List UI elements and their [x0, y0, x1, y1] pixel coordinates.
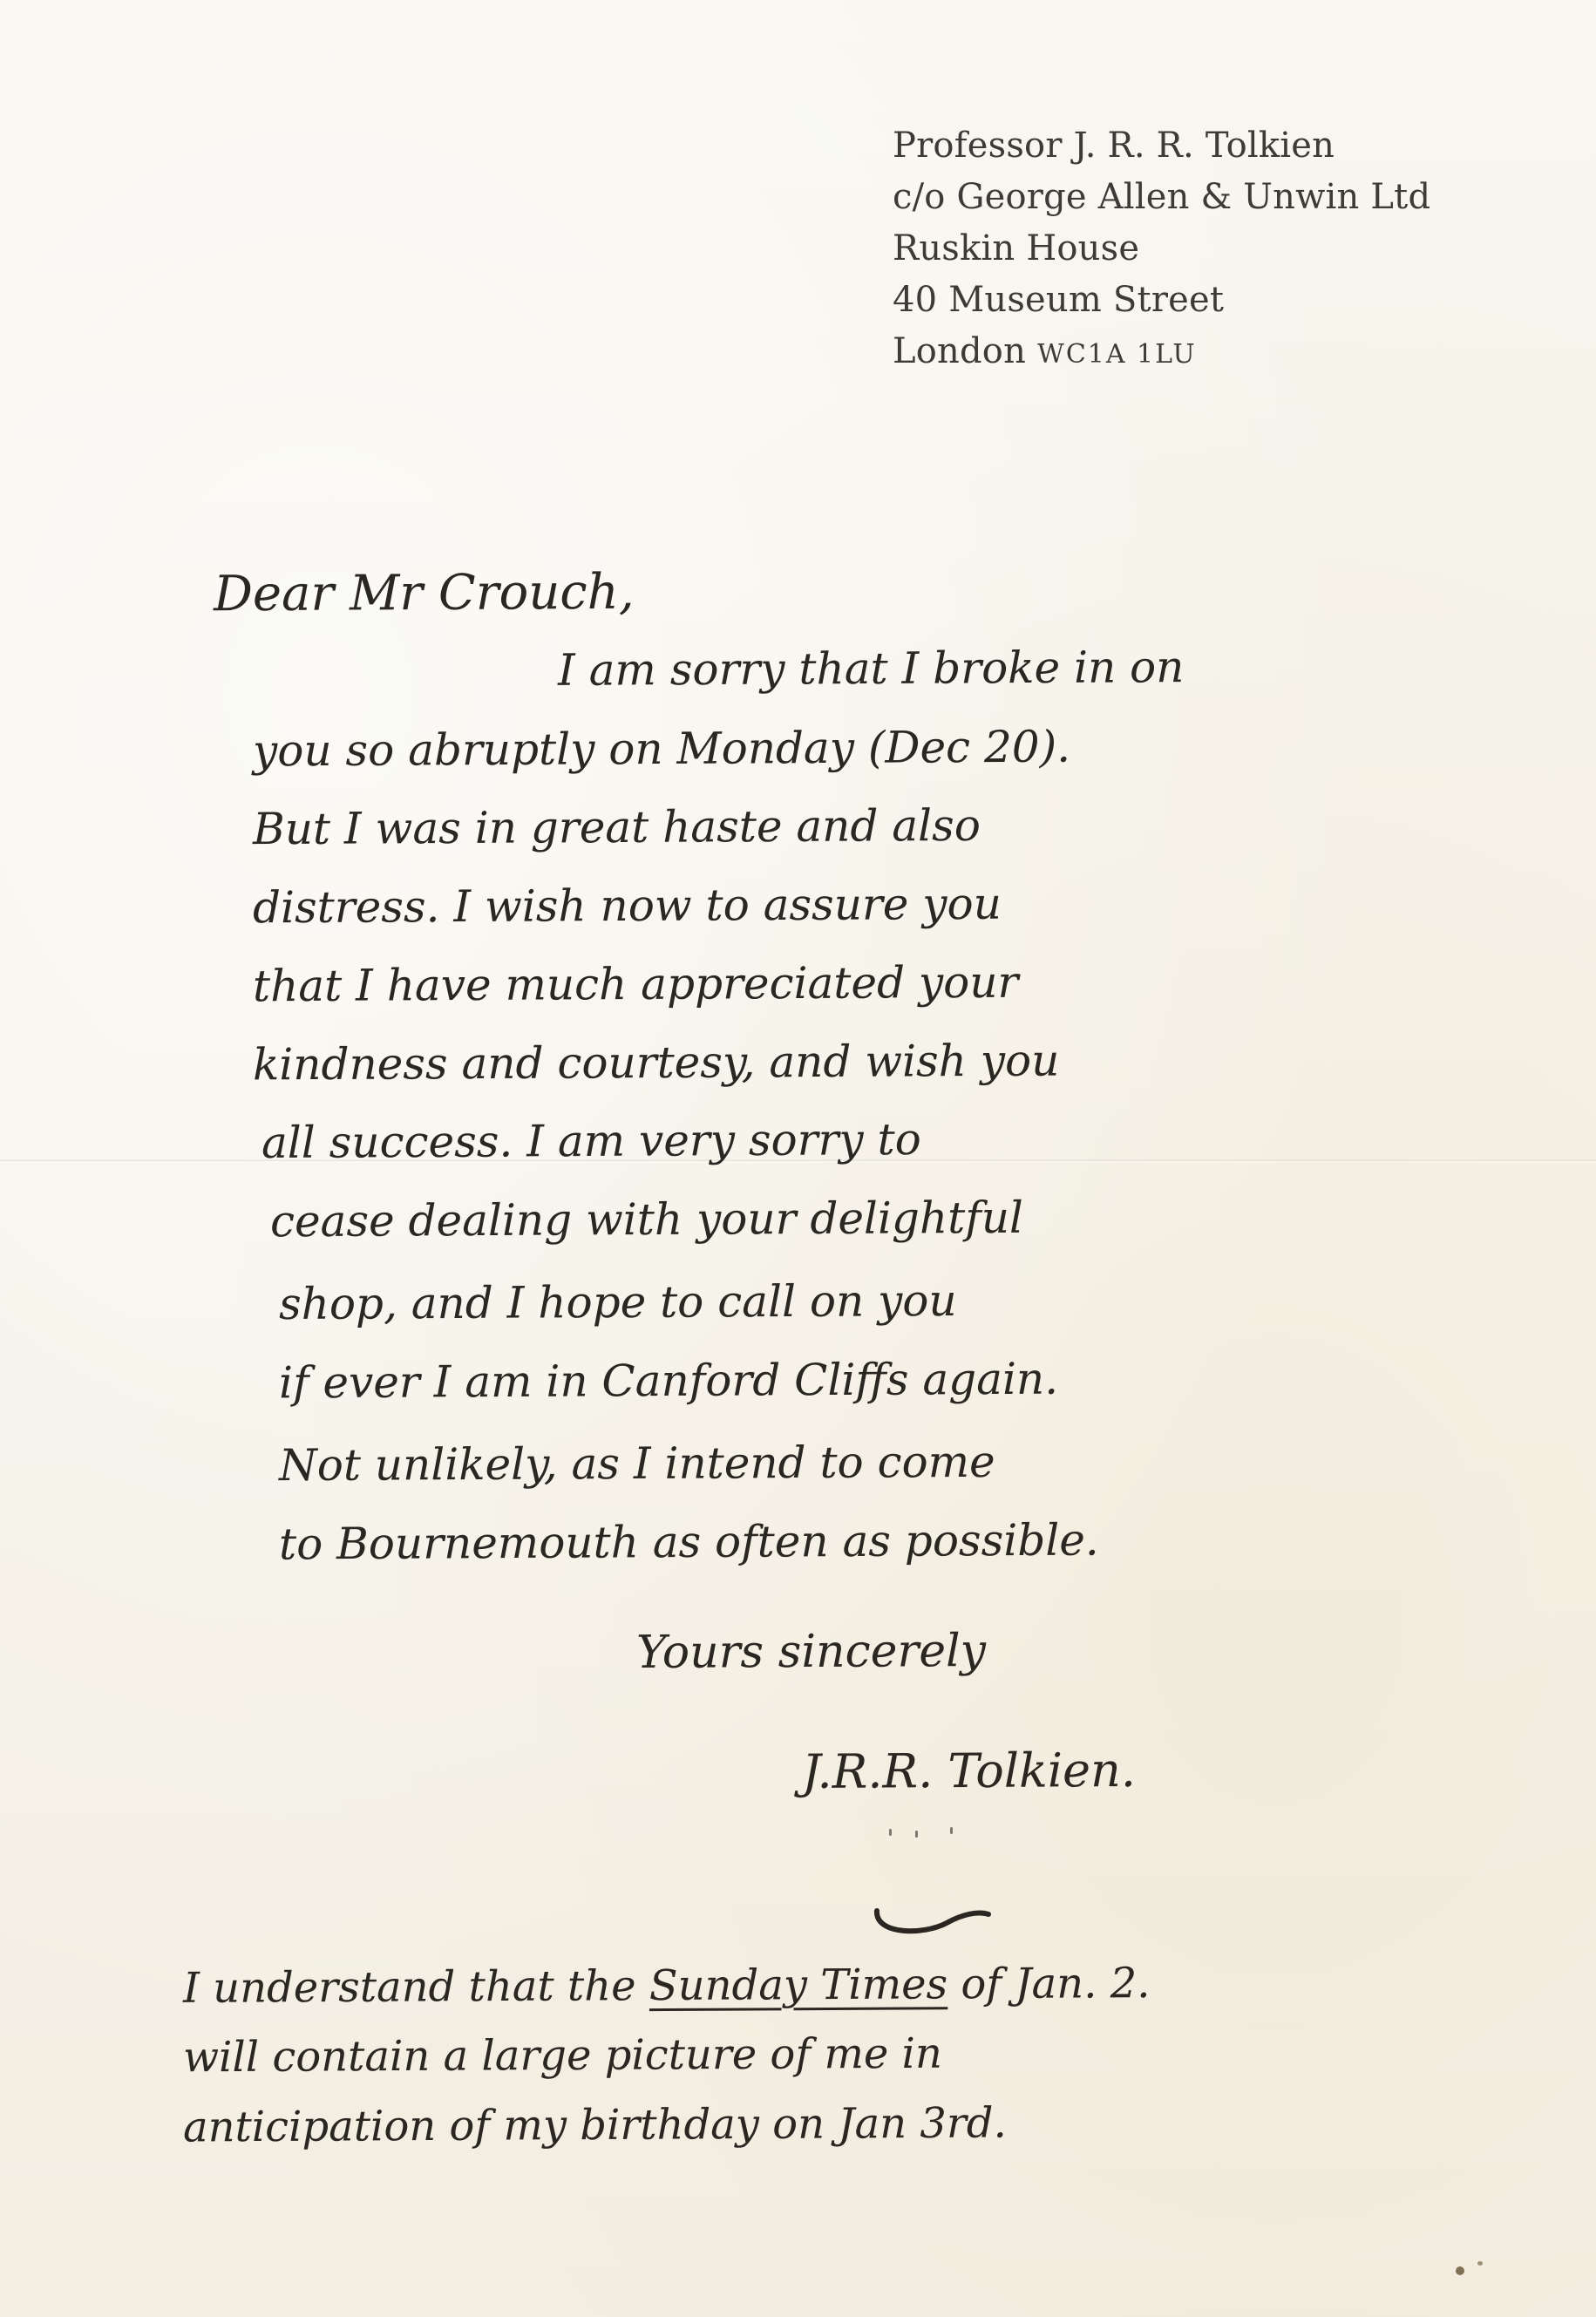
postscript-line-2: will contain a large picture of me in	[183, 2029, 942, 2083]
letterhead-building: Ruskin House	[893, 223, 1430, 275]
paper-stain	[1477, 2261, 1483, 2266]
postscript-line-1: I understand that the Sunday Times of Ja…	[183, 1959, 1151, 2013]
letterhead-city: London	[893, 331, 1026, 371]
postscript-text-before: I understand that the	[183, 1961, 636, 2013]
ink-mark	[950, 1827, 953, 1834]
letterhead-name: Professor J. R. R. Tolkien	[893, 120, 1430, 172]
postscript-line-3: anticipation of my birthday on Jan 3rd.	[183, 2099, 1007, 2152]
paper-stain	[1456, 2266, 1464, 2275]
body-line-4: distress. I wish now to assure you	[253, 879, 1002, 933]
salutation: Dear Mr Crouch,	[214, 564, 635, 623]
body-line-1: I am sorry that I broke in on	[558, 642, 1185, 696]
body-line-12: to Bournemouth as often as possible.	[279, 1515, 1099, 1570]
body-line-8: cease dealing with your delightful	[270, 1192, 1023, 1247]
closing: Yours sincerely	[636, 1625, 986, 1679]
ink-mark	[889, 1829, 892, 1836]
body-line-11: Not unlikely, as I intend to come	[279, 1437, 995, 1491]
letterhead-care-of: c/o George Allen & Unwin Ltd	[893, 172, 1430, 223]
body-line-10: if ever I am in Canford Cliffs again.	[279, 1354, 1058, 1409]
body-line-7: all success. I am very sorry to	[261, 1114, 921, 1168]
postscript-newspaper-title: Sunday Times	[649, 1960, 948, 2010]
letterhead: Professor J. R. R. Tolkien c/o George Al…	[893, 120, 1430, 380]
signature: J.R.R. Tolkien.	[802, 1743, 1136, 1799]
body-line-3: But I was in great haste and also	[253, 800, 981, 854]
ink-mark	[915, 1831, 918, 1838]
body-line-2: you so abruptly on Monday (Dec 20).	[253, 722, 1070, 777]
letterhead-postcode: WC1A 1LU	[1037, 339, 1197, 370]
body-line-6: kindness and courtesy, and wish you	[253, 1036, 1060, 1091]
letterhead-city-line: London WC1A 1LU	[893, 326, 1430, 380]
letterhead-street: 40 Museum Street	[893, 275, 1430, 326]
insertion-swash-mark	[872, 1900, 994, 1944]
body-line-9: shop, and I hope to call on you	[279, 1275, 957, 1329]
postscript-text-after: of Jan. 2.	[961, 1959, 1150, 2008]
body-line-5: that I have much appreciated your	[253, 957, 1019, 1012]
